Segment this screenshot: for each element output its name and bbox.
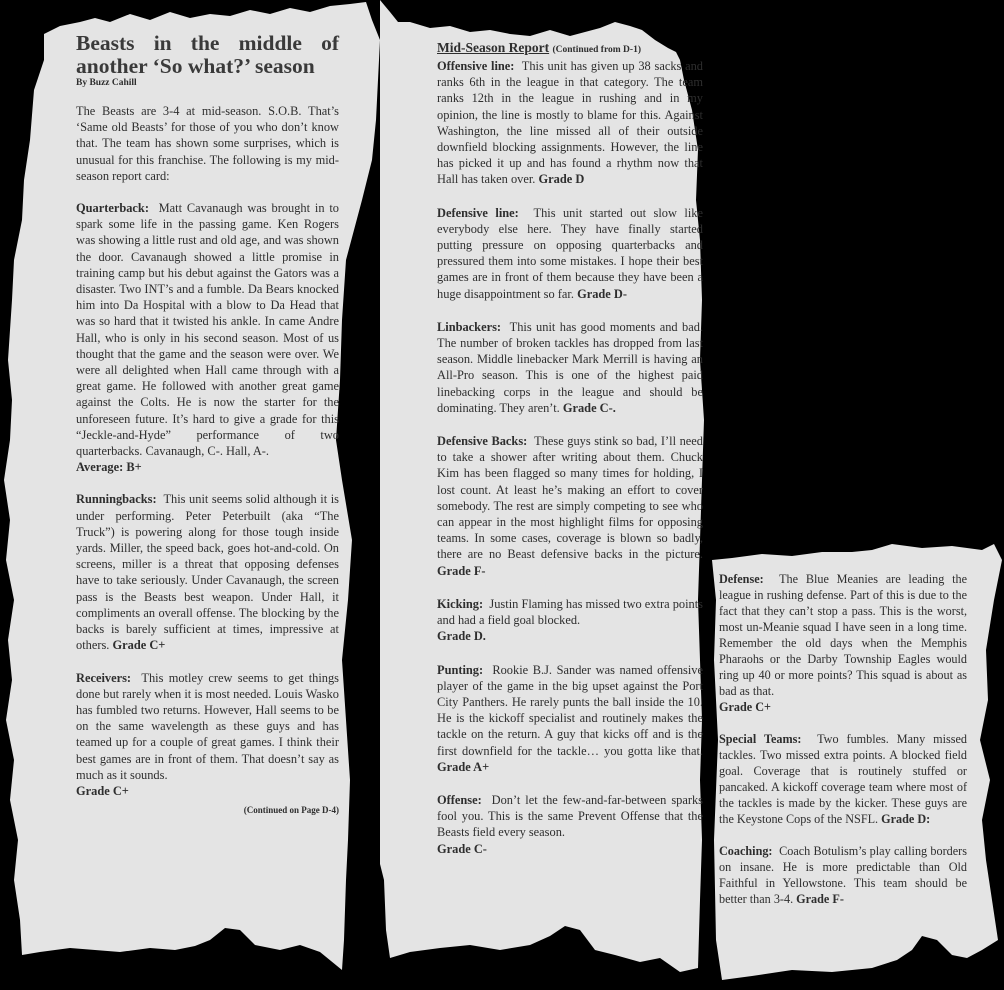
section-text: These guys stink so bad, I’ll need to ta… [437, 434, 703, 561]
section-label: Runningbacks: [76, 492, 157, 506]
article-right: Defense: The Blue Meanies are leading th… [719, 571, 967, 923]
section-grade: Grade C+ [113, 638, 166, 652]
section-label: Quarterback: [76, 201, 149, 215]
section-text: Matt Cavanaugh was brought in to spark s… [76, 201, 339, 458]
section-label: Kicking: [437, 597, 483, 611]
section-coaching: Coaching: Coach Botulism’s play calling … [719, 843, 967, 907]
section-text: This unit seems solid although it is und… [76, 492, 339, 652]
section-label: Defensive line: [437, 206, 519, 220]
section-label: Offense: [437, 793, 482, 807]
section-defense: Defense: The Blue Meanies are leading th… [719, 571, 967, 715]
section-grade: Grade C+ [76, 784, 129, 798]
intro-paragraph: The Beasts are 3-4 at mid-season. S.O.B.… [76, 103, 339, 184]
report-title: Mid-Season Report (Continued from D-1) [437, 40, 703, 58]
section-grade: Grade D. [437, 629, 486, 643]
section-label: Coaching: [719, 844, 773, 858]
section-text: This motley crew seems to get things don… [76, 671, 339, 782]
section-text: This unit has given up 38 sacks and rank… [437, 59, 703, 186]
continued-note: (Continued on Page D-4) [76, 805, 339, 815]
section-grade: Average: B+ [76, 460, 142, 474]
section-label: Defensive Backs: [437, 434, 527, 448]
section-offensive-line: Offensive line: This unit has given up 3… [437, 58, 703, 188]
headline: Beasts in the middle of another ‘So what… [76, 32, 339, 78]
section-offense: Offense: Don’t let the few-and-far-betwe… [437, 792, 703, 857]
section-label: Punting: [437, 663, 483, 677]
byline: By Buzz Cahill [76, 78, 339, 89]
section-grade: Grade F- [437, 564, 486, 578]
section-label: Defense: [719, 572, 764, 586]
section-grade: Grade C+ [719, 700, 771, 714]
section-grade: Grade D- [577, 287, 627, 301]
section-runningbacks: Runningbacks: This unit seems solid alth… [76, 491, 339, 653]
section-grade: Grade D [539, 172, 585, 186]
section-text: The Blue Meanies are leading the league … [719, 572, 967, 698]
section-grade: Grade A+ [437, 760, 489, 774]
section-kicking: Kicking: Justin Flaming has missed two e… [437, 596, 703, 645]
section-label: Special Teams: [719, 732, 801, 746]
section-quarterback: Quarterback: Matt Cavanaugh was brought … [76, 200, 339, 475]
section-label: Receivers: [76, 671, 131, 685]
article-left: Beasts in the middle of another ‘So what… [76, 32, 339, 815]
section-defensive-backs: Defensive Backs: These guys stink so bad… [437, 433, 703, 579]
section-linebackers: Linbackers: This unit has good moments a… [437, 319, 703, 416]
section-special-teams: Special Teams: Two fumbles. Many missed … [719, 731, 967, 827]
section-grade: Grade D: [881, 812, 930, 826]
continued-from-note: (Continued from D-1) [553, 45, 642, 55]
section-label: Offensive line: [437, 59, 514, 73]
section-grade: Grade C- [437, 842, 487, 856]
section-label: Linbackers: [437, 320, 501, 334]
section-grade: Grade F- [796, 892, 844, 906]
report-title-text: Mid-Season Report [437, 40, 549, 55]
section-punting: Punting: Rookie B.J. Sander was named of… [437, 662, 703, 775]
article-middle: Mid-Season Report (Continued from D-1) O… [437, 40, 703, 874]
section-grade: Grade C-. [563, 401, 616, 415]
section-defensive-line: Defensive line: This unit started out sl… [437, 205, 703, 302]
section-receivers: Receivers: This motley crew seems to get… [76, 670, 339, 800]
